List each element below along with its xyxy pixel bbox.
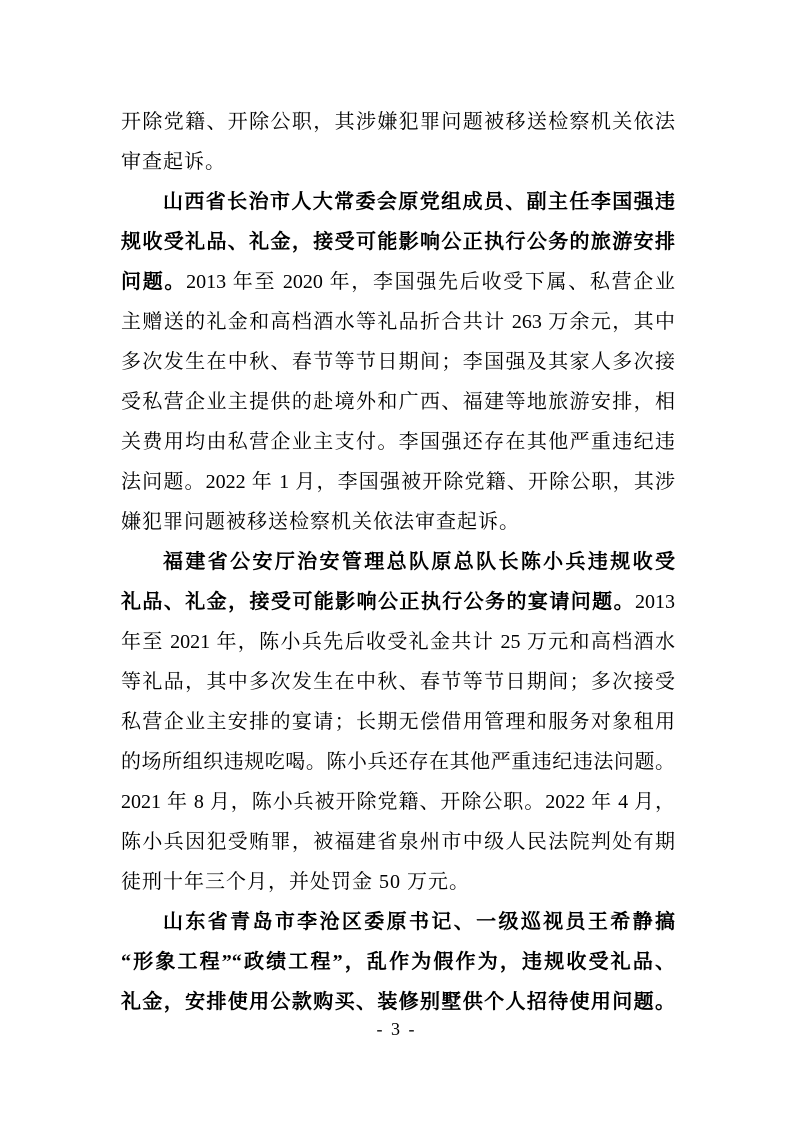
document-line: 2021 年 8 月，陈小兵被开除党籍、开除公职。2022 年 4 月， [121,782,675,822]
document-line: 法问题。2022 年 1 月，李国强被开除党籍、开除公职，其涉 [121,462,675,502]
bold-text-segment: 规收受礼品、礼金，接受可能影响公正执行公务的旅游安排 [121,231,675,253]
text-segment: 2013 年至 2020 年，李国强先后收受下属、私营企业 [186,271,675,293]
document-line: 山东省青岛市李沧区委原书记、一级巡视员王希静搞 [121,902,675,942]
document-line: 嫌犯罪问题被移送检察机关依法审查起诉。 [121,502,675,542]
document-line: 多次发生在中秋、春节等节日期间；李国强及其家人多次接 [121,342,675,382]
document-line: 陈小兵因犯受贿罪，被福建省泉州市中级人民法院判处有期 [121,822,675,862]
text-segment: 受私营企业主提供的赴境外和广西、福建等地旅游安排，相 [121,391,675,413]
bold-text-segment: 山东省青岛市李沧区委原书记、一级巡视员王希静搞 [163,911,675,933]
document-line: 审查起诉。 [121,142,675,182]
bold-text-segment: “形象工程”“政绩工程”，乱作为假作为，违规收受礼品、 [121,951,675,973]
bold-text-segment: 礼金，安排使用公款购买、装修别墅供个人招待使用问题。 [121,991,675,1013]
bold-text-segment: 问题。 [121,271,186,293]
text-segment: 关费用均由私营企业主支付。李国强还存在其他严重违纪违 [121,431,675,453]
document-line: 福建省公安厅治安管理总队原总队长陈小兵违规收受 [121,542,675,582]
text-segment: 开除党籍、开除公职，其涉嫌犯罪问题被移送检察机关依法 [121,111,675,133]
document-line: 受私营企业主提供的赴境外和广西、福建等地旅游安排，相 [121,382,675,422]
document-line: 主赠送的礼金和高档酒水等礼品折合共计 263 万余元，其中 [121,302,675,342]
document-line: 问题。2013 年至 2020 年，李国强先后收受下属、私营企业 [121,262,675,302]
document-line: 私营企业主安排的宴请；长期无偿借用管理和服务对象租用 [121,702,675,742]
document-body: 开除党籍、开除公职，其涉嫌犯罪问题被移送检察机关依法审查起诉。山西省长治市人大常… [121,102,675,1022]
document-line: 关费用均由私营企业主支付。李国强还存在其他严重违纪违 [121,422,675,462]
text-segment: 陈小兵因犯受贿罪，被福建省泉州市中级人民法院判处有期 [121,831,675,853]
document-line: 礼品、礼金，接受可能影响公正执行公务的宴请问题。2013 [121,582,675,622]
text-segment: 私营企业主安排的宴请；长期无偿借用管理和服务对象租用 [121,711,675,733]
text-segment: 2013 [635,591,675,613]
text-segment: 徒刑十年三个月，并处罚金 50 万元。 [121,871,470,893]
text-segment: 的场所组织违规吃喝。陈小兵还存在其他严重违纪违法问题。 [121,751,675,773]
document-line: 年至 2021 年，陈小兵先后收受礼金共计 25 万元和高档酒水 [121,622,675,662]
document-line: 开除党籍、开除公职，其涉嫌犯罪问题被移送检察机关依法 [121,102,675,142]
bold-text-segment: 福建省公安厅治安管理总队原总队长陈小兵违规收受 [163,551,675,573]
text-segment: 年至 2021 年，陈小兵先后收受礼金共计 25 万元和高档酒水 [121,631,675,653]
document-line: 等礼品，其中多次发生在中秋、春节等节日期间；多次接受 [121,662,675,702]
text-segment: 多次发生在中秋、春节等节日期间；李国强及其家人多次接 [121,351,675,373]
bold-text-segment: 山西省长治市人大常委会原党组成员、副主任李国强违 [163,191,675,213]
document-page: 开除党籍、开除公职，其涉嫌犯罪问题被移送检察机关依法审查起诉。山西省长治市人大常… [0,0,793,1122]
text-segment: 法问题。2022 年 1 月，李国强被开除党籍、开除公职，其涉 [121,471,675,493]
text-segment: 等礼品，其中多次发生在中秋、春节等节日期间；多次接受 [121,671,675,693]
document-line: 山西省长治市人大常委会原党组成员、副主任李国强违 [121,182,675,222]
document-line: 徒刑十年三个月，并处罚金 50 万元。 [121,862,675,902]
bold-text-segment: 礼品、礼金，接受可能影响公正执行公务的宴请问题。 [121,591,635,613]
page-number: - 3 - [0,1014,793,1044]
text-segment: 嫌犯罪问题被移送检察机关依法审查起诉。 [121,511,520,533]
text-segment: 2021 年 8 月，陈小兵被开除党籍、开除公职。2022 年 4 月， [121,791,675,813]
document-line: 规收受礼品、礼金，接受可能影响公正执行公务的旅游安排 [121,222,675,262]
document-line: 的场所组织违规吃喝。陈小兵还存在其他严重违纪违法问题。 [121,742,675,782]
document-line: “形象工程”“政绩工程”，乱作为假作为，违规收受礼品、 [121,942,675,982]
text-segment: 主赠送的礼金和高档酒水等礼品折合共计 263 万余元，其中 [121,311,675,333]
text-segment: 审查起诉。 [121,151,226,173]
